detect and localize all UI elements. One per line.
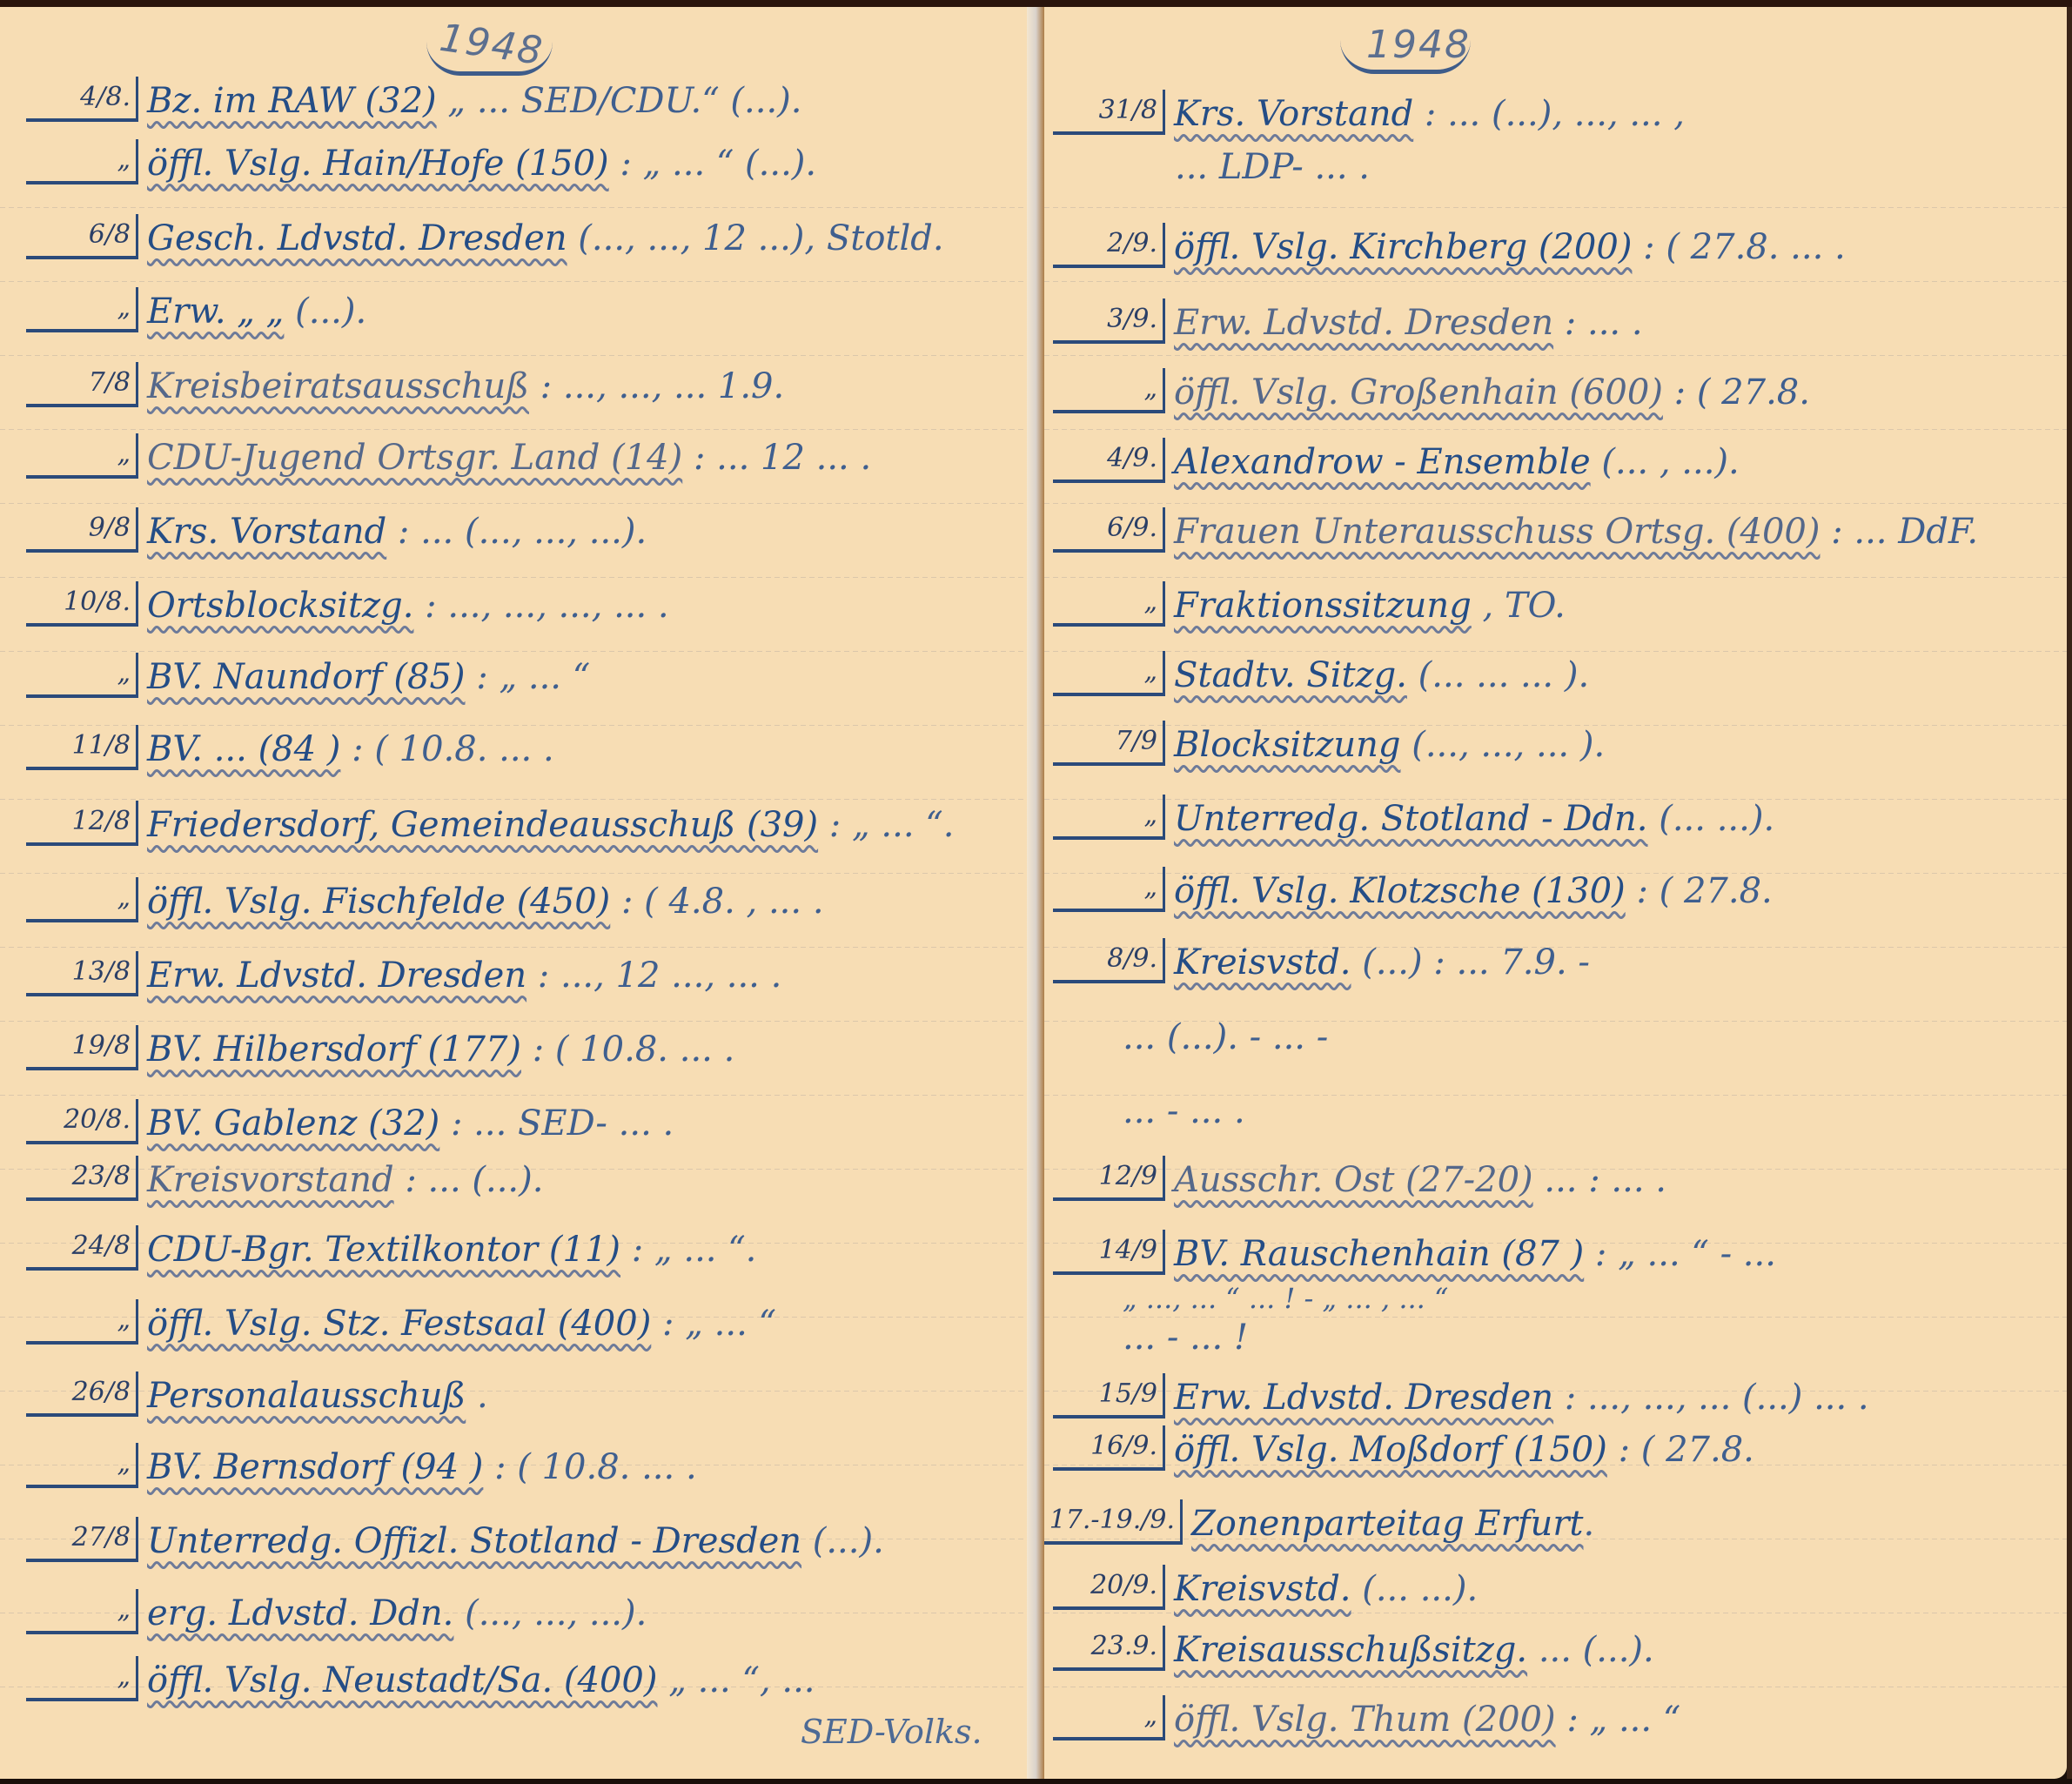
diary-entry: 24/8CDU-Bgr. Textilkontor (11) : „ ... “…	[26, 1225, 756, 1271]
entry-notes: : ... .	[1565, 303, 1643, 343]
diary-entry: 11/8BV. ... (84 ) : ( 10.8. ... .	[26, 725, 554, 770]
entry-title: öffl. Vslg. Kirchberg (200)	[1174, 227, 1632, 267]
entry-title: Bz. im RAW (32)	[147, 81, 437, 121]
entry-notes: ... - ... .	[1123, 1091, 1245, 1131]
entry-notes: : „ ... “	[476, 657, 590, 697]
diary-entry: 19/8BV. Hilbersdorf (177) : ( 10.8. ... …	[26, 1025, 734, 1070]
entry-title: öffl. Vslg. Klotzsche (130)	[1174, 871, 1626, 911]
entry-date: 6/8	[26, 214, 138, 259]
diary-entry: „BV. Bernsdorf (94 ) : ( 10.8. ... .	[26, 1443, 697, 1488]
entry-notes: : ... 12 ... .	[694, 438, 871, 478]
entry-notes: : „ ... “.	[632, 1230, 757, 1270]
entry-notes: : „ ... “	[662, 1304, 776, 1344]
diary-entry: 6/8Gesch. Ldvstd. Dresden (..., ..., 12 …	[26, 214, 944, 259]
entry-date: „	[26, 1299, 138, 1345]
entry-notes: .	[477, 1376, 488, 1416]
entry-notes: (...) : ... 7.9. -	[1362, 942, 1590, 983]
entry-date: „	[1053, 368, 1165, 413]
ruled-line	[0, 281, 1037, 282]
entry-date: „	[1053, 795, 1165, 840]
entry-date: „	[26, 1443, 138, 1488]
entry-notes: : ..., ..., ... 1.9.	[540, 366, 785, 406]
entry-notes: : ( 27.8.	[1636, 871, 1772, 911]
entry-title: Gesch. Ldvstd. Dresden	[147, 218, 567, 258]
entry-notes: : ( 27.8. ... .	[1643, 227, 1846, 267]
entry-date: „	[26, 1589, 138, 1634]
ruled-line	[0, 799, 1037, 800]
diary-entry: „öffl. Vslg. Fischfelde (450) : ( 4.8. ,…	[26, 877, 824, 922]
entry-date: 24/8	[26, 1225, 138, 1271]
entry-date: „	[1053, 1695, 1165, 1740]
entry-notes: (... ...).	[1362, 1569, 1478, 1609]
entry-date: „	[26, 1656, 138, 1701]
entry-date: 3/9.	[1053, 298, 1165, 344]
diary-entry: „erg. Ldvstd. Ddn. (..., ..., ...).	[26, 1589, 647, 1634]
entry-title: öffl. Vslg. Stz. Festsaal (400)	[147, 1304, 651, 1344]
diary-entry: 4/8.Bz. im RAW (32) „ ... SED/CDU.“ (...…	[26, 77, 801, 122]
entry-date: 17.-19./9.	[1044, 1499, 1183, 1545]
diary-entry-continuation: ... LDP- ... .	[1175, 146, 1370, 188]
ruled-line	[1044, 1687, 2067, 1687]
entry-date: „	[1053, 867, 1165, 912]
entry-title: öffl. Vslg. Moßdorf (150)	[1174, 1430, 1607, 1470]
entry-title: Kreisvorstand	[147, 1160, 394, 1200]
diary-entry: „Erw. „ „ (...).	[26, 287, 366, 332]
diary-entry-continuation: ... - ... !	[1123, 1317, 1248, 1358]
diary-entry: 8/9.Kreisvstd. (...) : ... 7.9. -	[1053, 938, 1590, 983]
ruled-line	[1044, 503, 2067, 504]
diary-entry: 17.-19./9.Zonenparteitag Erfurt.	[1044, 1499, 1594, 1545]
entry-title: Alexandrow - Ensemble	[1174, 442, 1591, 482]
entry-date: 23/8	[26, 1156, 138, 1201]
diary-entry: „Unterredg. Stotland - Ddn. (... ...).	[1053, 795, 1774, 840]
entry-notes: ... - ... !	[1123, 1318, 1248, 1358]
entry-title: Erw. Ldvstd. Dresden	[1174, 1378, 1553, 1418]
entry-notes: : ... SED- ... .	[451, 1103, 674, 1144]
ruled-line	[0, 207, 1037, 208]
page-edge	[2067, 7, 2072, 1779]
diary-entry: „öffl. Vslg. Stz. Festsaal (400) : „ ...…	[26, 1299, 776, 1345]
entry-title: öffl. Vslg. Fischfelde (450)	[147, 882, 610, 922]
entry-title: Unterredg. Stotland - Ddn.	[1174, 799, 1648, 839]
entry-title: Friedersdorf, Gemeindeausschuß (39)	[147, 805, 818, 845]
entry-notes: : „ ... “ (...).	[620, 144, 816, 184]
entry-notes: : ... (...).	[405, 1160, 543, 1200]
entry-title: CDU-Jugend Ortsgr. Land (14)	[147, 438, 682, 478]
entry-date: „	[26, 433, 138, 479]
entry-notes: : ( 27.8.	[1674, 372, 1810, 412]
entry-date: 23.9.	[1053, 1626, 1165, 1671]
entry-notes: (..., ..., 12 ...), Stotld.	[578, 218, 943, 258]
entry-title: BV. Bernsdorf (94 )	[147, 1447, 483, 1487]
entry-date: 9/8	[26, 507, 138, 553]
entry-notes: (...).	[295, 292, 366, 332]
diary-entry: „öffl. Vslg. Thum (200) : „ ... “	[1053, 1695, 1680, 1740]
diary-entry: „BV. Naundorf (85) : „ ... “	[26, 653, 590, 698]
entry-date: 16/9.	[1053, 1425, 1165, 1471]
entry-notes: : ( 4.8. , ... .	[621, 882, 824, 922]
entry-notes: : „ ... “	[1566, 1700, 1680, 1740]
notebook-page-left: 1948 4/8.Bz. im RAW (32) „ ... SED/CDU.“…	[0, 7, 1039, 1779]
entry-title: Fraktionssitzung	[1174, 586, 1472, 626]
entry-title: öffl. Vslg. Großenhain (600)	[1174, 372, 1663, 412]
diary-entry: „Fraktionssitzung , TO.	[1053, 581, 1566, 627]
entry-notes: : „ ... “.	[829, 805, 955, 845]
ruled-line	[0, 577, 1037, 578]
ruled-line	[0, 355, 1037, 356]
ruled-line	[1044, 355, 2067, 356]
entry-title: Krs. Vorstand	[147, 512, 386, 552]
entry-date: 15/9	[1053, 1373, 1165, 1418]
ruled-line	[1044, 429, 2067, 430]
entry-date: „	[26, 653, 138, 698]
ruled-line	[1044, 207, 2067, 208]
entry-date: 19/8	[26, 1025, 138, 1070]
year-arc-mark	[1340, 40, 1471, 74]
entry-date: 8/9.	[1053, 938, 1165, 983]
diary-entry: 9/8Krs. Vorstand : ... (..., ..., ...).	[26, 507, 647, 553]
entry-title: erg. Ldvstd. Ddn.	[147, 1593, 453, 1633]
entry-title: Erw. Ldvstd. Dresden	[147, 956, 526, 996]
ruled-line	[0, 429, 1037, 430]
entry-title: Kreisbeiratsausschuß	[147, 366, 529, 406]
entry-notes: , TO.	[1483, 586, 1566, 626]
entry-title: öffl. Vslg. Neustadt/Sa. (400)	[147, 1660, 657, 1700]
entry-title: Erw. Ldvstd. Dresden	[1174, 303, 1553, 343]
entry-notes: .	[1584, 1504, 1595, 1544]
entry-notes: (...).	[813, 1521, 884, 1561]
entry-title: Erw. „ „	[147, 292, 284, 332]
entry-notes: (..., ..., ... ).	[1412, 725, 1605, 765]
entry-date: 12/9	[1053, 1156, 1165, 1201]
entry-title: BV. ... (84 )	[147, 729, 340, 769]
entry-date: 6/9.	[1053, 507, 1165, 553]
diary-entry: 31/8Krs. Vorstand : ... (...), ..., ... …	[1053, 90, 1685, 135]
entry-date: „	[1053, 581, 1165, 627]
diary-entry: 12/9Ausschr. Ost (27-20) ... : ... .	[1053, 1156, 1666, 1201]
diary-entry: „öffl. Vslg. Neustadt/Sa. (400) „ ... “,…	[26, 1656, 815, 1701]
entry-notes: : ( 10.8. ... .	[494, 1447, 697, 1487]
entry-date: 12/8	[26, 801, 138, 846]
entry-date: 7/9	[1053, 721, 1165, 766]
entry-date: 26/8	[26, 1372, 138, 1417]
entry-notes: : ..., ..., ... (...) ... .	[1565, 1378, 1869, 1418]
ruled-line	[1044, 281, 2067, 282]
entry-notes: (... ... ... ).	[1418, 655, 1590, 695]
entry-notes: : ( 27.8.	[1619, 1430, 1754, 1470]
diary-entry-continuation: ... (...). - ... -	[1123, 1016, 1328, 1058]
entry-title: Krs. Vorstand	[1174, 94, 1413, 134]
entry-notes: : ... DdF.	[1831, 512, 1978, 552]
entry-notes: ... : ... .	[1544, 1160, 1666, 1200]
entry-notes: ... (...).	[1539, 1630, 1654, 1670]
diary-entry: 26/8Personalausschuß .	[26, 1372, 488, 1417]
entry-notes: : ..., ..., ..., ... .	[425, 586, 669, 626]
ruled-line	[0, 1095, 1037, 1096]
diary-entry: 10/8.Ortsblocksitzg. : ..., ..., ..., ..…	[26, 581, 669, 627]
ruled-line	[0, 947, 1037, 948]
entry-title: BV. Naundorf (85)	[147, 657, 466, 697]
diary-entry: „öffl. Vslg. Klotzsche (130) : ( 27.8.	[1053, 867, 1773, 912]
entry-title: BV. Gablenz (32)	[147, 1103, 439, 1144]
entry-date: „	[1053, 651, 1165, 696]
entry-date: 11/8	[26, 725, 138, 770]
diary-entry: „öffl. Vslg. Hain/Hofe (150) : „ ... “ (…	[26, 139, 816, 184]
diary-entry: 16/9.öffl. Vslg. Moßdorf (150) : ( 27.8.	[1053, 1425, 1754, 1471]
entry-notes: : ( 10.8. ... .	[533, 1029, 735, 1070]
entry-notes: : „ ... “ - ...	[1595, 1234, 1776, 1274]
entry-date: „	[26, 287, 138, 332]
entry-notes: (... , ...).	[1601, 442, 1739, 482]
entry-title: Frauen Unterausschuss Ortsg. (400)	[1174, 512, 1820, 552]
entry-notes: (..., ..., ...).	[465, 1593, 647, 1633]
diary-entry: 3/9.Erw. Ldvstd. Dresden : ... .	[1053, 298, 1643, 344]
entry-title: Personalausschuß	[147, 1376, 466, 1416]
entry-date: 2/9.	[1053, 223, 1165, 268]
diary-entry: „Stadtv. Sitzg. (... ... ... ).	[1053, 651, 1589, 696]
entry-date: 7/8	[26, 362, 138, 407]
entry-notes: „ ... SED/CDU.“ (...).	[447, 81, 801, 121]
entry-title: Kreisvstd.	[1174, 1569, 1351, 1609]
entry-notes: (... ...).	[1659, 799, 1774, 839]
entry-title: Kreisvstd.	[1174, 942, 1351, 983]
entry-notes: : ( 10.8. ... .	[352, 729, 554, 769]
entry-notes: ... LDP- ... .	[1175, 147, 1370, 187]
entry-title: Unterredg. Offizl. Stotland - Dresden	[147, 1521, 801, 1561]
entry-date: 31/8	[1053, 90, 1165, 135]
entry-title: Ortsblocksitzg.	[147, 586, 413, 626]
ruled-line	[1044, 577, 2067, 578]
entry-title: öffl. Vslg. Thum (200)	[1174, 1700, 1556, 1740]
ruled-line	[0, 503, 1037, 504]
ruled-line	[0, 873, 1037, 874]
diary-entry: 2/9.öffl. Vslg. Kirchberg (200) : ( 27.8…	[1053, 223, 1846, 268]
diary-entry-continuation: „ ..., ... “ ... ! - „ ... , ... “	[1123, 1278, 1448, 1319]
diary-entry: 6/9.Frauen Unterausschuss Ortsg. (400) :…	[1053, 507, 1978, 553]
entry-date: 14/9	[1053, 1230, 1165, 1275]
entry-notes: „ ..., ... “ ... ! - „ ... , ... “	[1123, 1282, 1448, 1315]
diary-entry: 20/9.Kreisvstd. (... ...).	[1053, 1565, 1478, 1610]
diary-entry: 12/8Friedersdorf, Gemeindeausschuß (39) …	[26, 801, 954, 846]
entry-date: 10/8.	[26, 581, 138, 627]
entry-date: 20/9.	[1053, 1565, 1165, 1610]
footnote: SED-Volks.	[801, 1713, 982, 1751]
entry-notes: : ..., 12 ..., ... .	[538, 956, 782, 996]
diary-entry-continuation: ... - ... .	[1123, 1090, 1245, 1132]
ruled-line	[1044, 1613, 2067, 1613]
diary-entry: 14/9BV. Rauschenhain (87 ) : „ ... “ - .…	[1053, 1230, 1776, 1275]
entry-title: Stadtv. Sitzg.	[1174, 655, 1407, 695]
diary-entry: 7/8Kreisbeiratsausschuß : ..., ..., ... …	[26, 362, 784, 407]
entry-title: Ausschr. Ost (27-20)	[1174, 1160, 1533, 1200]
entry-notes: : ... (...), ..., ... ,	[1425, 94, 1685, 134]
entry-date: 13/8	[26, 951, 138, 996]
entry-notes: : ... (..., ..., ...).	[398, 512, 647, 552]
entry-date: „	[26, 877, 138, 922]
entry-date: 4/8.	[26, 77, 138, 122]
diary-entry: 27/8Unterredg. Offizl. Stotland - Dresde…	[26, 1517, 884, 1562]
entry-title: CDU-Bgr. Textilkontor (11)	[147, 1230, 620, 1270]
entry-date: 20/8.	[26, 1099, 138, 1144]
diary-entry: 20/8.BV. Gablenz (32) : ... SED- ... .	[26, 1099, 674, 1144]
entry-date: 4/9.	[1053, 438, 1165, 483]
ruled-line	[0, 651, 1037, 652]
ruled-line	[0, 1021, 1037, 1022]
diary-entry: 7/9Blocksitzung (..., ..., ... ).	[1053, 721, 1605, 766]
diary-entry: 23/8Kreisvorstand : ... (...).	[26, 1156, 543, 1201]
entry-title: öffl. Vslg. Hain/Hofe (150)	[147, 144, 609, 184]
year-arc-mark	[426, 42, 553, 76]
entry-title: BV. Hilbersdorf (177)	[147, 1029, 521, 1070]
diary-entry: 15/9Erw. Ldvstd. Dresden : ..., ..., ...…	[1053, 1373, 1869, 1418]
diary-entry: 13/8Erw. Ldvstd. Dresden : ..., 12 ..., …	[26, 951, 781, 996]
entry-title: BV. Rauschenhain (87 )	[1174, 1234, 1584, 1274]
entry-title: Kreisausschußsitzg.	[1174, 1630, 1527, 1670]
entry-notes: „ ... “, ...	[668, 1660, 815, 1700]
entry-date: 27/8	[26, 1517, 138, 1562]
notebook-page-right: 1948 31/8Krs. Vorstand : ... (...), ...,…	[1044, 7, 2067, 1779]
scan-top-edge	[0, 0, 2072, 7]
diary-entry: 23.9.Kreisausschußsitzg. ... (...).	[1053, 1626, 1654, 1671]
entry-title: Zonenparteitag Erfurt	[1191, 1504, 1584, 1544]
diary-entry: „CDU-Jugend Ortsgr. Land (14) : ... 12 .…	[26, 433, 871, 479]
diary-entry: „öffl. Vslg. Großenhain (600) : ( 27.8.	[1053, 368, 1810, 413]
entry-title: Blocksitzung	[1174, 725, 1401, 765]
entry-date: „	[26, 139, 138, 184]
diary-entry: 4/9.Alexandrow - Ensemble (... , ...).	[1053, 438, 1740, 483]
entry-notes: ... (...). - ... -	[1123, 1017, 1328, 1057]
